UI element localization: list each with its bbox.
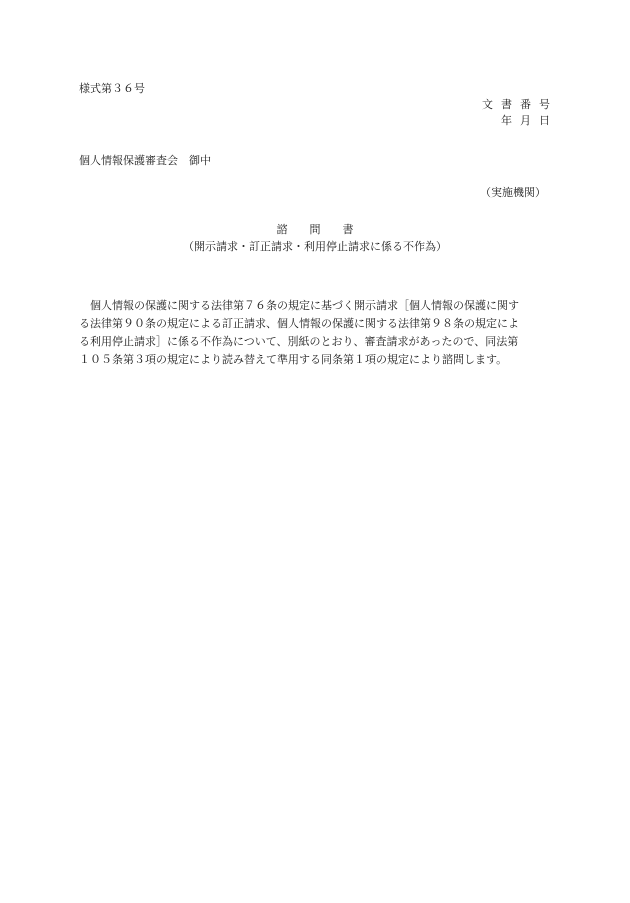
- document-meta: 文書番号 年月日: [482, 97, 550, 129]
- body-line: る利用停止請求］に係る不作為について、別紙のとおり、審査請求があったので、同法第: [79, 333, 553, 351]
- document-subtitle: （開示請求・訂正請求・利用停止請求に係る不作為）: [0, 238, 630, 255]
- document-number-label: 文書番号: [482, 97, 558, 113]
- body-line: １０５条第３項の規定により読み替えて準用する同条第１項の規定により諮問します。: [79, 351, 553, 369]
- body-line: る法律第９０条の規定による訂正請求、個人情報の保護に関する法律第９８条の規定によ: [79, 315, 553, 333]
- addressee: 個人情報保護審査会 御中: [79, 153, 211, 169]
- body-line: 個人情報の保護に関する法律第７６条の規定に基づく開示請求［個人情報の保護に関す: [79, 297, 553, 315]
- body-paragraph: 個人情報の保護に関する法律第７６条の規定に基づく開示請求［個人情報の保護に関す …: [79, 297, 553, 369]
- document-title: 諮問書: [22, 221, 630, 238]
- form-number: 様式第３６号: [79, 81, 145, 97]
- date-label: 年月日: [482, 113, 558, 129]
- title-block: 諮問書 （開示請求・訂正請求・利用停止請求に係る不作為）: [0, 221, 630, 255]
- implementing-agency: （実施機関）: [480, 185, 546, 201]
- document-page: 様式第３６号 文書番号 年月日 個人情報保護審査会 御中 （実施機関） 諮問書 …: [0, 0, 630, 903]
